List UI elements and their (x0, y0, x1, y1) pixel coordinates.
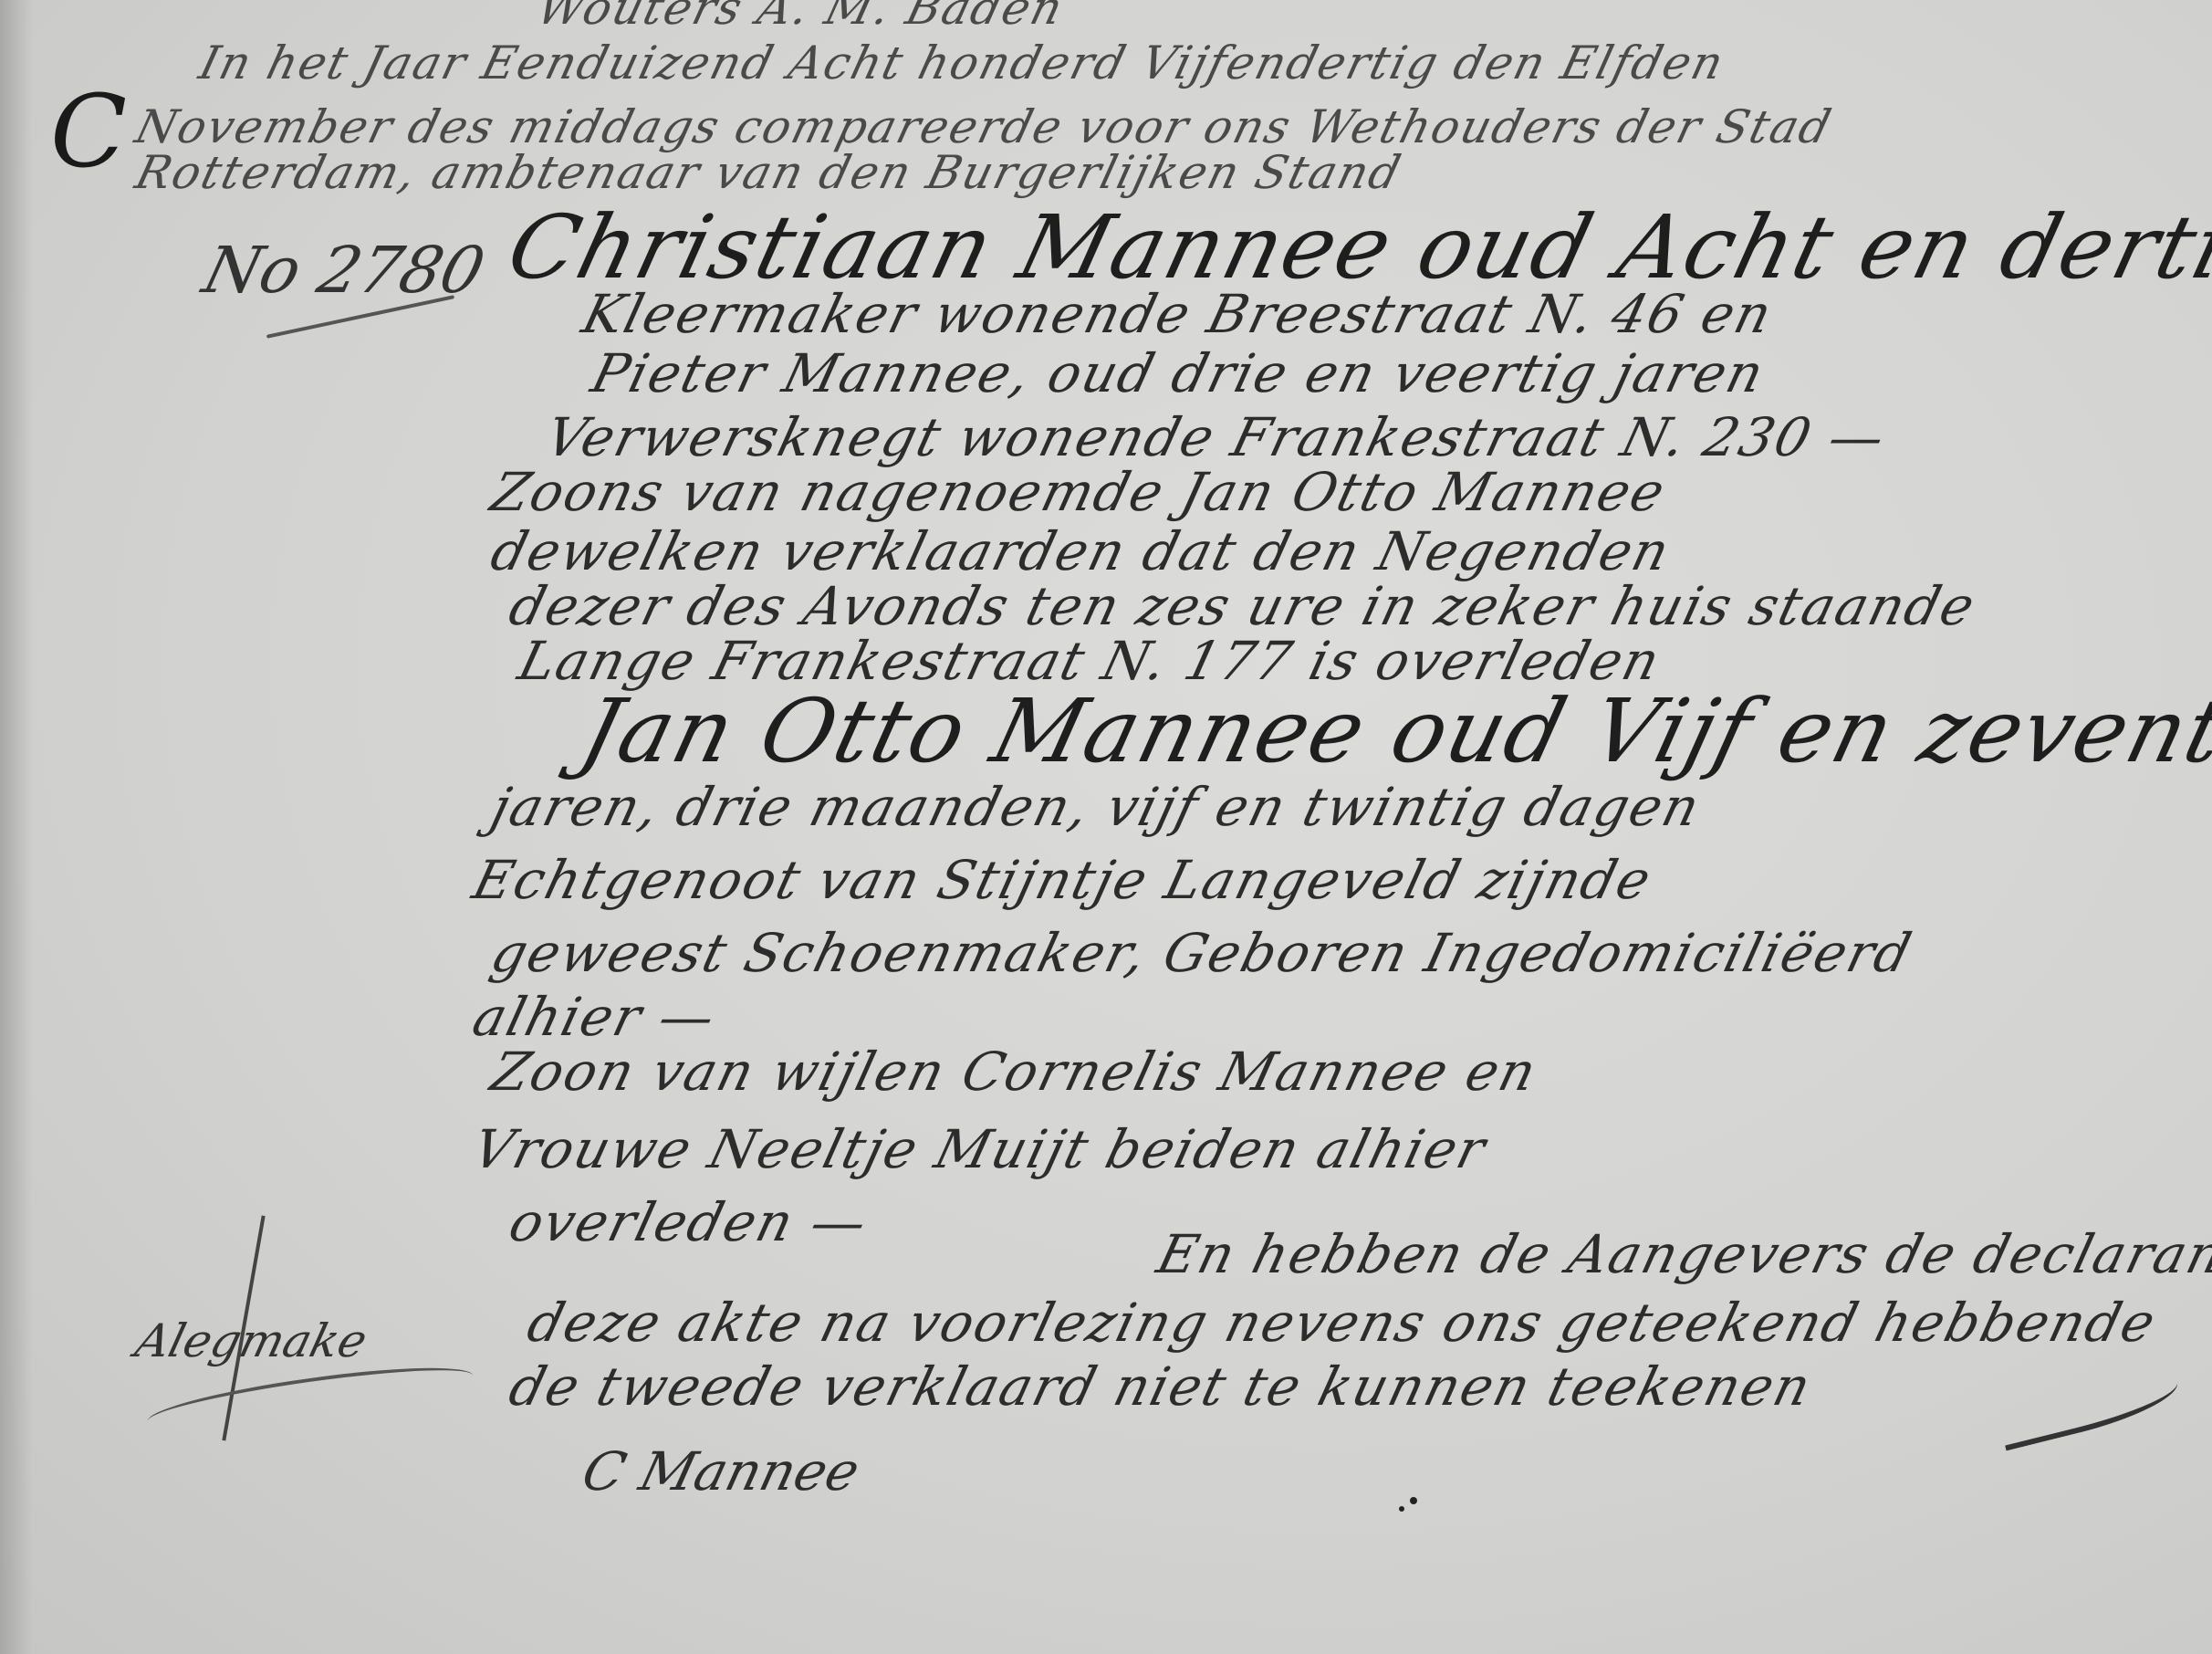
margin-signature: Alegmake (130, 1314, 372, 1367)
text-line-22: de tweede verklaard niet te kunnen teeke… (504, 1356, 1819, 1418)
header-fragment: Wouters A. M. Baden (532, 0, 1069, 35)
text-line-1: In het Jaar Eenduizend Acht honderd Vijf… (194, 37, 1730, 89)
text-line-7: Verwersknegt wonende Frankestraat N. 230… (540, 406, 1893, 468)
ink-spot (1399, 1506, 1404, 1512)
text-line-12: Jan Otto Mannee oud Vijf en zeventig (571, 680, 2212, 782)
margin-signature-flourish (145, 1356, 476, 1441)
document-page: Wouters A. M. Baden C No 2780 In het Jaa… (0, 0, 2212, 1654)
text-line-10: dezer des Avonds ten zes ure in zeker hu… (504, 575, 1983, 637)
text-line-3: Rotterdam, ambtenaar van den Burgerlijke… (130, 146, 1407, 199)
margin-initial: C (50, 73, 127, 190)
text-line-6: Pieter Mannee, oud drie en veertig jaren (586, 342, 1772, 404)
text-line-14: Echtgenoot van Stijntje Langeveld zijnde (467, 849, 1659, 911)
text-line-20: En hebben de Aangevers de declarant (1152, 1223, 2212, 1285)
text-line-8: Zoons van nagenoemde Jan Otto Mannee (485, 461, 1673, 523)
closing-flourish (1996, 1366, 2183, 1450)
text-line-15: geweest Schoenmaker, Geboren Ingedomicil… (485, 922, 1919, 984)
text-line-13: jaren, drie maanden, vijf en twintig dag… (485, 776, 1707, 838)
text-line-19: overleden — (504, 1191, 875, 1253)
text-line-5: Kleermaker wonende Breestraat N. 46 en (577, 283, 1779, 345)
ink-spot (1410, 1497, 1417, 1504)
text-line-21: deze akte na voorlezing nevens ons getee… (522, 1292, 2164, 1354)
text-line-18: Vrouwe Neeltje Muijt beiden alhier (467, 1118, 1494, 1180)
text-line-17: Zoon van wijlen Cornelis Mannee en (485, 1041, 1544, 1103)
text-line-9: dewelken verklaarden dat den Negenden (485, 520, 1677, 582)
closing-signature: C Mannee (577, 1440, 866, 1502)
text-line-16: alhier — (467, 986, 723, 1048)
page-edge-shadow (0, 0, 33, 1654)
